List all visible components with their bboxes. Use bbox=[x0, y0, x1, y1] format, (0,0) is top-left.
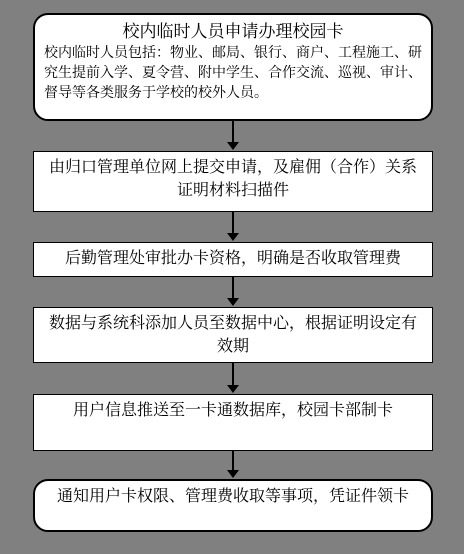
flow-node-start: 校内临时人员申请办理校园卡 校内临时人员包括：物业、邮局、银行、商户、工程施工、… bbox=[33, 13, 433, 121]
arrow-down-icon bbox=[227, 385, 239, 393]
arrow-line bbox=[232, 363, 234, 385]
arrow-line bbox=[232, 212, 234, 233]
flowchart-canvas: 校内临时人员申请办理校园卡 校内临时人员包括：物业、邮局、银行、商户、工程施工、… bbox=[0, 0, 464, 554]
connector-arrow-2 bbox=[227, 212, 239, 241]
flow-node-approve-eligibility: 后勤管理处审批办卡资格，明确是否收取管理费 bbox=[33, 242, 433, 277]
start-node-title: 校内临时人员申请办理校园卡 bbox=[44, 22, 422, 43]
connector-arrow-1 bbox=[227, 121, 239, 150]
arrow-line bbox=[232, 451, 234, 470]
flow-node-add-to-datacenter: 数据与系统科添加人员至数据中心，根据证明设定有效期 bbox=[33, 307, 433, 363]
arrow-down-icon bbox=[227, 142, 239, 150]
connector-arrow-5 bbox=[227, 451, 239, 478]
flow-node-push-to-card-db: 用户信息推送至一卡通数据库，校园卡部制卡 bbox=[33, 394, 433, 451]
connector-arrow-4 bbox=[227, 363, 239, 393]
arrow-down-icon bbox=[227, 298, 239, 306]
arrow-down-icon bbox=[227, 233, 239, 241]
flow-node-submit-application: 由归口管理单位网上提交申请，及雇佣（合作）关系证明材料扫描件 bbox=[33, 151, 433, 212]
connector-arrow-3 bbox=[227, 277, 239, 306]
arrow-line bbox=[232, 121, 234, 142]
flow-node-notify-user: 通知用户卡权限、管理费收取等事项，凭证件领卡 bbox=[33, 479, 433, 532]
start-node-description: 校内临时人员包括：物业、邮局、银行、商户、工程施工、研究生提前入学、夏令营、附中… bbox=[44, 43, 422, 103]
arrow-down-icon bbox=[227, 470, 239, 478]
arrow-line bbox=[232, 277, 234, 298]
